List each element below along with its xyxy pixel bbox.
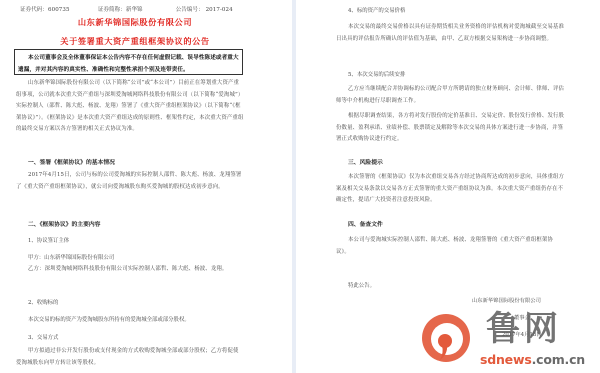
document-title: 关于签署重大资产重组框架协议的公告	[0, 36, 270, 47]
intro-paragraph: 山东新华锦国际股份有限公司（以下简称“公司”或“本公司”）目前正在筹划重大资产重…	[16, 78, 244, 136]
closing-text: 特此公告。	[348, 281, 375, 289]
party-b: 乙方：深圳爱淘城网络科技股份有限公司实际控制人邵哲、陈大彪、杨波、龙翔。	[16, 264, 244, 276]
stock-abbreviation: 证券简称：新华锦	[98, 5, 174, 13]
board-statement-box: 本公司董事会及全体董事保证本公告内容不存在任何虚假记载、误导性陈述或者重大遗漏，…	[14, 49, 243, 75]
watermark-domain-part2: .com.cn	[532, 352, 585, 367]
watermark-domain-part1: sdnews	[480, 352, 532, 367]
signature-company: 山东新华锦国际股份有限公司	[472, 296, 541, 304]
section-1-body: 2017年4月15日，公司与标的公司爱淘城的实际控制人邵哲、陈大彪、杨波、龙翔签…	[16, 170, 244, 193]
section-4-heading: 四、备查文件	[348, 219, 383, 228]
section-1-heading: 一、签署《框架协议》的基本情况	[28, 157, 115, 166]
watermark-logo-text: 鲁网	[486, 311, 562, 347]
notice-header: 证券代码：600735 证券简称：新华锦 公告编号： 2017-024	[20, 5, 233, 13]
sdnews-watermark: 鲁网 sdnews.com.cn	[420, 305, 600, 373]
sdnews-logo-icon	[420, 312, 472, 364]
item-3-title: 3、交易方式	[28, 333, 58, 341]
notice-number: 公告编号： 2017-024	[176, 5, 233, 13]
item-3-body: 甲方拟通过非公开发行股份或支付现金的方式收购爱淘城全部或部分股权；乙方将促使爱淘…	[16, 346, 244, 369]
item-2-title: 2、收购标的	[28, 298, 58, 306]
company-name-title: 山东新华锦国际股份有限公司	[0, 17, 270, 28]
item-4-title: 4、标的资产的交易价格	[348, 6, 405, 14]
item-5-title: 5、本次交易的后续安排	[348, 70, 405, 78]
watermark-domain: sdnews.com.cn	[480, 352, 585, 367]
item-2-body: 本次交易的标的资产为爱淘城股东所持有的爱淘城全部或部分股权。	[28, 315, 190, 323]
item-1-title: 1、协议签订主体	[28, 236, 69, 244]
party-a: 甲方：山东新华锦国际股份有限公司	[28, 253, 114, 261]
stock-code: 证券代码：600735	[20, 5, 96, 13]
item-4-body: 本次交易的最终交易价格以具有证券期货相关业务资格的评估机构对爱淘城截至交易基准日…	[336, 22, 566, 45]
item-5-body-1: 乙方应当继续配合并协调标的公司配合甲方所聘请的独立财务顾问、会计师、律师、评估师…	[336, 84, 566, 107]
section-3-heading: 三、风险提示	[348, 157, 383, 166]
section-4-body: 本公司与爱淘城实际控制人邵哲、陈大彪、杨波、龙翔签署的《重大资产重组框架协议》。	[336, 235, 566, 258]
section-3-body: 本次签署的《框架协议》仅为本次重组交易各方经过协商所达成的初步意向，具体重组方案…	[336, 172, 566, 207]
section-2-heading: 二、《框架协议》的主要内容	[28, 219, 100, 228]
item-5-body-2: 根据尽职调查结果，各方将对发行股份的定价基准日、交易定价、股份发行价格、发行股份…	[336, 111, 566, 146]
document-page-left: 证券代码：600735 证券简称：新华锦 公告编号： 2017-024 山东新华…	[0, 0, 292, 373]
